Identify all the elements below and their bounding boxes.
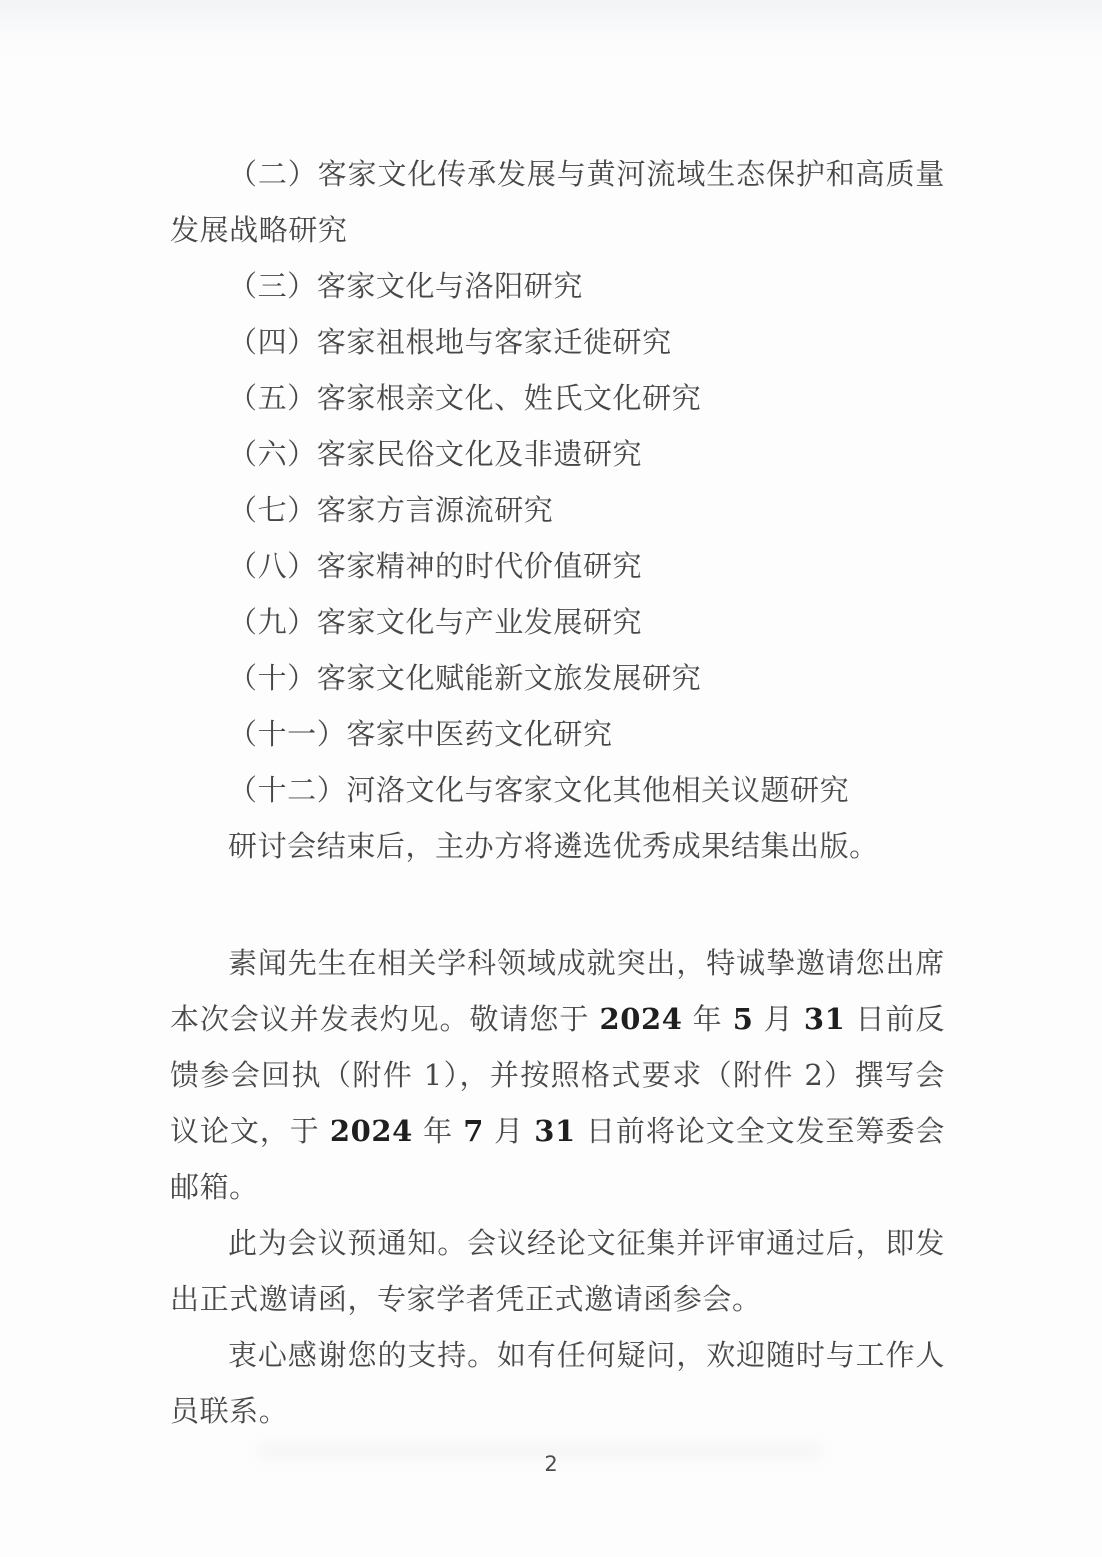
pre-notice-paragraph: 此为会议预通知。会议经论文征集并评审通过后，即发出正式邀请函，专家学者凭正式邀请… xyxy=(170,1215,945,1327)
topic-item-3: （三）客家文化与洛阳研究 xyxy=(170,258,945,314)
reply-deadline-month: 5 xyxy=(733,1002,754,1036)
topic-item-8: （八）客家精神的时代价值研究 xyxy=(170,538,945,594)
document-body: （二）客家文化传承发展与黄河流域生态保护和高质量发展战略研究 （三）客家文化与洛… xyxy=(170,146,945,1439)
topic-item-12: （十二）河洛文化与客家文化其他相关议题研究 xyxy=(170,762,945,818)
topic-item-11: （十一）客家中医药文化研究 xyxy=(170,706,945,762)
topic-item-9: （九）客家文化与产业发展研究 xyxy=(170,594,945,650)
paper-deadline-day: 31 xyxy=(534,1114,576,1148)
page-number: 2 xyxy=(544,1452,557,1476)
invitation-paragraph: 素闻先生在相关学科领域成就突出，特诚挚邀请您出席本次会议并发表灼见。敬请您于 2… xyxy=(170,935,945,1215)
thanks-paragraph: 衷心感谢您的支持。如有任何疑问，欢迎随时与工作人员联系。 xyxy=(170,1327,945,1439)
invitation-text-3: 月 xyxy=(754,1002,804,1036)
invitation-text-2: 年 xyxy=(682,1002,732,1036)
page-footer: 2 xyxy=(0,1452,1102,1476)
topic-item-5: （五）客家根亲文化、姓氏文化研究 xyxy=(170,370,945,426)
topic-item-7: （七）客家方言源流研究 xyxy=(170,482,945,538)
invitation-text-5: 年 xyxy=(413,1114,463,1148)
reply-deadline-day: 31 xyxy=(804,1002,846,1036)
reply-deadline-year: 2024 xyxy=(599,1002,682,1036)
scan-artifact-top xyxy=(0,0,1102,52)
topic-item-4: （四）客家祖根地与客家迁徙研究 xyxy=(170,314,945,370)
paper-deadline-month: 7 xyxy=(463,1114,484,1148)
topic-item-10: （十）客家文化赋能新文旅发展研究 xyxy=(170,650,945,706)
topic-item-6: （六）客家民俗文化及非遗研究 xyxy=(170,426,945,482)
paper-deadline-year: 2024 xyxy=(330,1114,413,1148)
closing-note: 研讨会结束后，主办方将遴选优秀成果结集出版。 xyxy=(170,818,945,874)
invitation-text-6: 月 xyxy=(484,1114,534,1148)
topic-item-2: （二）客家文化传承发展与黄河流域生态保护和高质量发展战略研究 xyxy=(170,146,945,258)
